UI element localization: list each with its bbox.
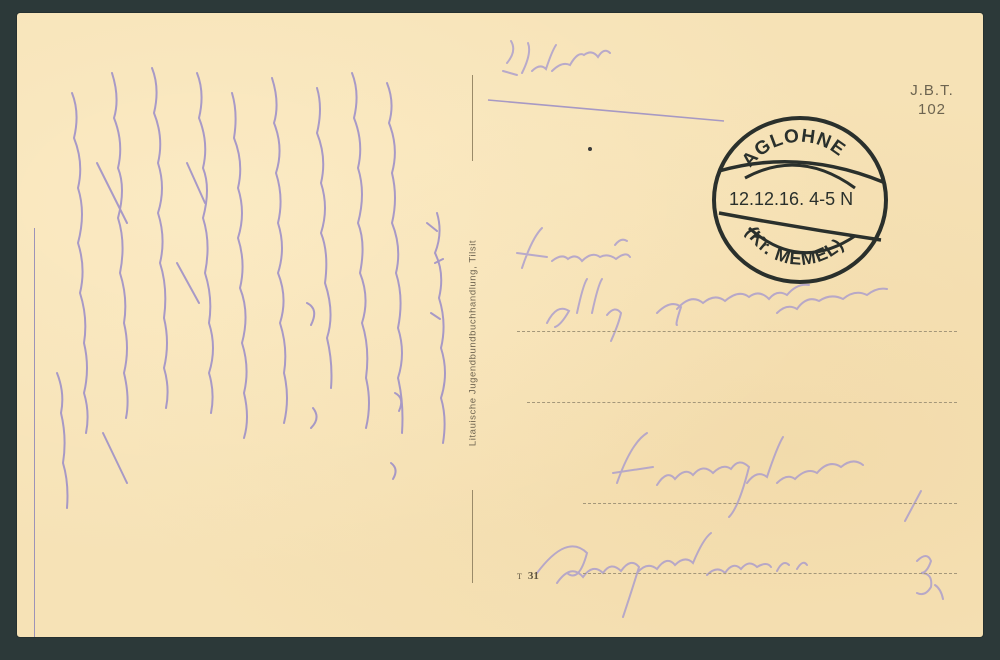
address-line-3: [583, 503, 957, 504]
ink-dot: [588, 147, 592, 151]
series-code: T31: [517, 570, 539, 582]
address-line-1: [517, 331, 957, 332]
catalog-mark: J.B.T. 102: [887, 81, 977, 119]
postcard: Litauische Jugendbundbuchhandlung, Tilsi…: [17, 13, 983, 637]
postmark-date: 12.12.16. 4-5 N: [729, 189, 853, 209]
divider-line-bottom: [472, 490, 473, 583]
handwritten-message: [17, 13, 983, 637]
divider-line-top: [472, 75, 473, 161]
series-prefix: T: [517, 572, 522, 581]
postmark: AGLOHNE 12.12.16. 4-5 N (Kr. MEMEL): [705, 108, 895, 288]
address-line-4: [583, 573, 957, 574]
catalog-mark-line2: 102: [887, 100, 977, 119]
address-line-2: [527, 402, 957, 403]
svg-text:(Kr. MEMEL): (Kr. MEMEL): [742, 223, 848, 269]
publisher-imprint: Litauische Jugendbundbuchhandlung, Tilsi…: [468, 240, 479, 446]
catalog-mark-line1: J.B.T.: [887, 81, 977, 100]
series-number: 31: [528, 570, 539, 582]
postmark-district: (Kr. MEMEL): [742, 223, 848, 269]
